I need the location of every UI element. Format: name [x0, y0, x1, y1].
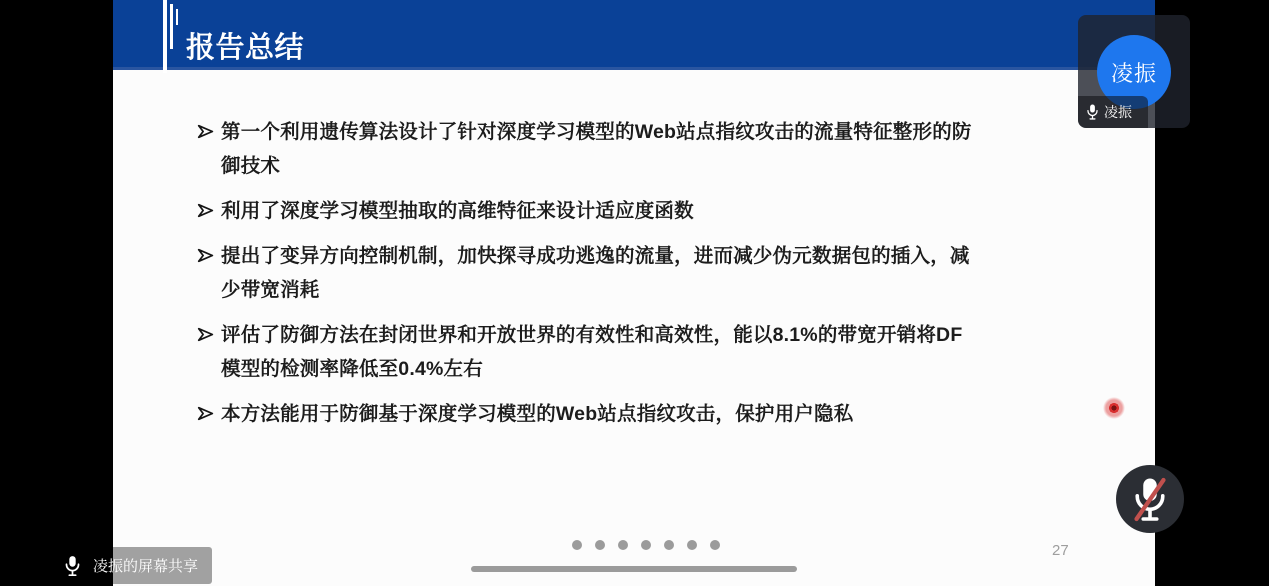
bullet-list: 第一个利用遗传算法设计了针对深度学习模型的Web站点指纹攻击的流量特征整形的防 … [197, 115, 972, 442]
participant-name: 凌振 [1104, 102, 1132, 122]
slide-progress-dot [710, 540, 720, 550]
slide-progress-dot [687, 540, 697, 550]
bullet-arrow-icon [197, 406, 215, 421]
bullet-text: 提出了变异方向控制机制，加快探寻成功逃逸的流量，进而减少伪元数据包的插入，减 少… [221, 239, 970, 307]
mic-icon [1086, 104, 1099, 120]
slide-progress-dot [664, 540, 674, 550]
bullet-item: 利用了深度学习模型抽取的高维特征来设计适应度函数 [197, 194, 972, 228]
bullet-text-line: 利用了深度学习模型抽取的高维特征来设计适应度函数 [221, 194, 694, 228]
bullet-text-line: 本方法能用于防御基于深度学习模型的Web站点指纹攻击，保护用户隐私 [221, 397, 853, 431]
mute-button[interactable] [1116, 465, 1184, 533]
slide-page-number: 27 [1052, 542, 1069, 559]
bullet-text: 利用了深度学习模型抽取的高维特征来设计适应度函数 [221, 194, 694, 228]
bullet-arrow-icon [197, 203, 215, 218]
slide-canvas: 报告总结 第一个利用遗传算法设计了针对深度学习模型的Web站点指纹攻击的流量特征… [113, 0, 1155, 586]
bullet-arrow-icon [197, 124, 215, 139]
bullet-text-line: 第一个利用遗传算法设计了针对深度学习模型的Web站点指纹攻击的流量特征整形的防 [221, 115, 972, 149]
bullet-text-line: 御技术 [221, 149, 972, 183]
bullet-item: 提出了变异方向控制机制，加快探寻成功逃逸的流量，进而减少伪元数据包的插入，减 少… [197, 239, 972, 307]
bullet-text: 第一个利用遗传算法设计了针对深度学习模型的Web站点指纹攻击的流量特征整形的防 … [221, 115, 972, 183]
slide-progress-dot [572, 540, 582, 550]
mic-muted-icon [1132, 477, 1168, 522]
avatar-text: 凌振 [1111, 57, 1157, 88]
share-banner-label: 凌振的屏幕共享 [93, 555, 198, 576]
bullet-text-line: 评估了防御方法在封闭世界和开放世界的有效性和高效性，能以8.1%的带宽开销将DF [221, 318, 962, 352]
bullet-item: 第一个利用遗传算法设计了针对深度学习模型的Web站点指纹攻击的流量特征整形的防 … [197, 115, 972, 183]
slide-progress-dots [572, 540, 720, 550]
bullet-item: 本方法能用于防御基于深度学习模型的Web站点指纹攻击，保护用户隐私 [197, 397, 972, 431]
slide-progress-dot [618, 540, 628, 550]
header-accent-line [170, 4, 173, 49]
bullet-text-line: 少带宽消耗 [221, 273, 970, 307]
slide-title: 报告总结 [186, 25, 304, 66]
bullet-item: 评估了防御方法在封闭世界和开放世界的有效性和高效性，能以8.1%的带宽开销将DF… [197, 318, 972, 386]
meeting-screen-share-view: 报告总结 第一个利用遗传算法设计了针对深度学习模型的Web站点指纹攻击的流量特征… [0, 0, 1269, 586]
header-accent-line [176, 9, 179, 25]
participant-name-badge: 凌振 [1078, 96, 1148, 128]
header-accent-line [163, 0, 167, 73]
laser-pointer-dot [1103, 397, 1125, 419]
bullet-text: 本方法能用于防御基于深度学习模型的Web站点指纹攻击，保护用户隐私 [221, 397, 853, 431]
bullet-text: 评估了防御方法在封闭世界和开放世界的有效性和高效性，能以8.1%的带宽开销将DF… [221, 318, 962, 386]
participant-video-tile[interactable]: 凌振 凌振 [1078, 15, 1190, 128]
bullet-text-line: 提出了变异方向控制机制，加快探寻成功逃逸的流量，进而减少伪元数据包的插入，减 [221, 239, 970, 273]
slide-progress-dot [595, 540, 605, 550]
slide-progress-dot [641, 540, 651, 550]
mic-icon [64, 555, 81, 577]
bullet-text-line: 模型的检测率降低至0.4%左右 [221, 352, 962, 386]
bullet-arrow-icon [197, 248, 215, 263]
bullet-arrow-icon [197, 327, 215, 342]
screen-share-banner: 凌振的屏幕共享 [55, 547, 212, 584]
horizontal-scrollbar[interactable] [471, 566, 797, 572]
